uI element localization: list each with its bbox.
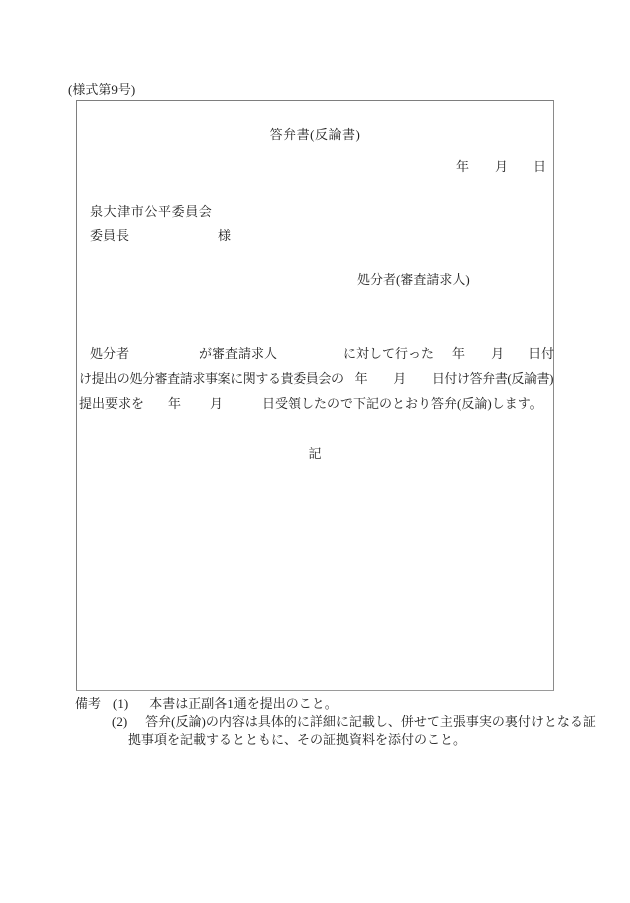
date-line: 年月日	[456, 159, 546, 175]
notes-line-2: (2)答弁(反論)の内容は具体的に詳細に記載し、併せて主張事実の裏付けとなる証	[112, 714, 596, 730]
date-day-label: 日	[533, 159, 546, 174]
form-number-label: (様式第9号)	[68, 82, 135, 98]
blank-date-month	[469, 170, 495, 171]
notes-spacer	[127, 725, 145, 726]
body-text: 日付	[528, 346, 554, 361]
blank-chair-name	[129, 239, 218, 240]
addressee-committee: 泉大津市公平委員会	[90, 204, 212, 220]
body-text: 処分者	[90, 346, 129, 361]
body-paragraph-line1: 処分者が審査請求人に対して行った年月日付	[90, 346, 554, 362]
date-month-label: 月	[495, 159, 508, 174]
body-paragraph-line3: 提出要求を年月日受領したので下記のとおり答弁(反論)します。	[79, 396, 543, 412]
body-text: 年	[355, 371, 368, 386]
body-text: 日受領したので下記のとおり答弁(反論)します。	[262, 396, 543, 411]
addressee-chair-line: 委員長様	[90, 228, 231, 244]
note-1-number: (1)	[113, 696, 128, 711]
blank-disposer-name	[129, 357, 199, 358]
body-text: 日付け答弁書(反論書)	[432, 371, 553, 386]
notes-line-3: 拠事項を記載するとともに、その証拠資料を添付のこと。	[128, 732, 466, 748]
body-text: 年	[168, 396, 181, 411]
note-1-text: 本書は正副各1通を提出のこと。	[149, 696, 338, 711]
body-paragraph-line2: け提出の処分審査請求事案に関する貴委員会の年月日付け答弁書(反論書)	[79, 371, 553, 387]
body-text: 月	[210, 396, 223, 411]
body-text: 月	[393, 371, 406, 386]
notes-label: 備考	[75, 696, 101, 711]
notes-spacer	[101, 707, 113, 708]
blank-action-year	[434, 357, 452, 358]
body-text: け提出の処分審査請求事案に関する貴委員会の	[79, 371, 344, 386]
blank-date-day	[508, 170, 533, 171]
honorific-label: 様	[218, 228, 231, 243]
document-page: (様式第9号) 答弁書(反論書) 年月日 泉大津市公平委員会 委員長様 処分者(…	[0, 0, 630, 903]
body-text: 月	[491, 346, 504, 361]
notes-line-1: 備考(1)本書は正副各1通を提出のこと。	[75, 696, 338, 712]
body-text: が審査請求人	[199, 346, 277, 361]
blank-request-day	[406, 382, 432, 383]
blank-receipt-day	[223, 407, 262, 408]
blank-receipt-month	[181, 407, 210, 408]
note-2-text-line2: 拠事項を記載するとともに、その証拠資料を添付のこと。	[128, 732, 466, 747]
date-year-label: 年	[456, 159, 469, 174]
body-text: 年	[452, 346, 465, 361]
blank-action-month	[465, 357, 491, 358]
blank-receipt-year	[144, 407, 168, 408]
blank-claimant-name	[277, 357, 343, 358]
record-marker: 記	[77, 446, 553, 462]
blank-action-day	[504, 357, 528, 358]
form-border-box: 答弁書(反論書) 年月日 泉大津市公平委員会 委員長様 処分者(審査請求人) 処…	[76, 100, 554, 691]
chair-label: 委員長	[90, 228, 129, 243]
document-title: 答弁書(反論書)	[77, 127, 553, 143]
blank-request-month	[367, 382, 393, 383]
body-text: に対して行った	[343, 346, 434, 361]
blank-request-year	[344, 382, 355, 383]
respondent-label: 処分者(審査請求人)	[357, 272, 470, 288]
notes-spacer	[128, 707, 149, 708]
note-2-text-line1: 答弁(反論)の内容は具体的に詳細に記載し、併せて主張事実の裏付けとなる証	[145, 714, 596, 729]
note-2-number: (2)	[112, 714, 127, 729]
body-text: 提出要求を	[79, 396, 144, 411]
